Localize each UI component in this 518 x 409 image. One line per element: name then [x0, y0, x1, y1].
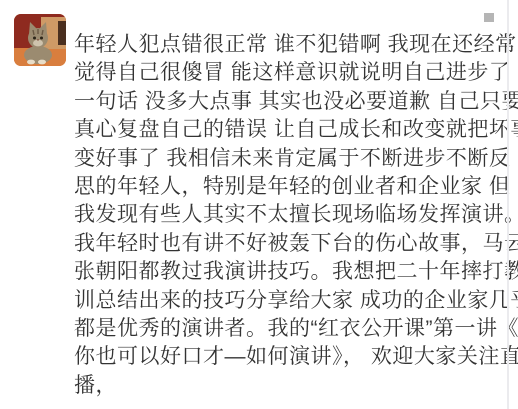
message-line: 年轻人犯点错很正常 谁不犯错啊 我现在还经常 [74, 31, 510, 59]
right-edge-divider [507, 0, 509, 409]
message-line: 我发现有些人其实不太擅长现场临场发挥演讲。 [74, 201, 510, 229]
message-line: 训总结出来的技巧分享给大家 成功的企业家几乎 [74, 287, 510, 315]
message-text[interactable]: 年轻人犯点错很正常 谁不犯错啊 我现在还经常 觉得自己很傻冒 能这样意识就说明自… [74, 31, 510, 400]
message-line: 觉得自己很傻冒 能这样意识就说明自己进步了 [74, 59, 510, 87]
message-line: 张朝阳都教过我演讲技巧。我想把二十年摔打教 [74, 258, 510, 286]
message-line: 你也可以好口才—如何演讲》， 欢迎大家关注直 [74, 343, 510, 371]
message-line: 播， [74, 372, 510, 400]
gray-square-artifact [484, 13, 494, 22]
message-line: 真心复盘自己的错误 让自己成长和改变就把坏事 [74, 116, 510, 144]
message-line: 变好事了 我相信未来肯定属于不断进步不断反 [74, 145, 510, 173]
kitten-avatar-icon [14, 14, 66, 66]
message-line: 思的年轻人，特别是年轻的创业者和企业家 但 [74, 173, 510, 201]
avatar[interactable] [14, 14, 66, 66]
message-line: 一句话 没多大点事 其实也没必要道歉 自己只要 [74, 88, 510, 116]
chat-screen: 年轻人犯点错很正常 谁不犯错啊 我现在还经常 觉得自己很傻冒 能这样意识就说明自… [0, 0, 518, 409]
message-line: 都是优秀的演讲者。我的“红衣公开课”第一讲《 [74, 315, 510, 343]
message-line: 我年轻时也有讲不好被轰下台的伤心故事，马云 [74, 230, 510, 258]
